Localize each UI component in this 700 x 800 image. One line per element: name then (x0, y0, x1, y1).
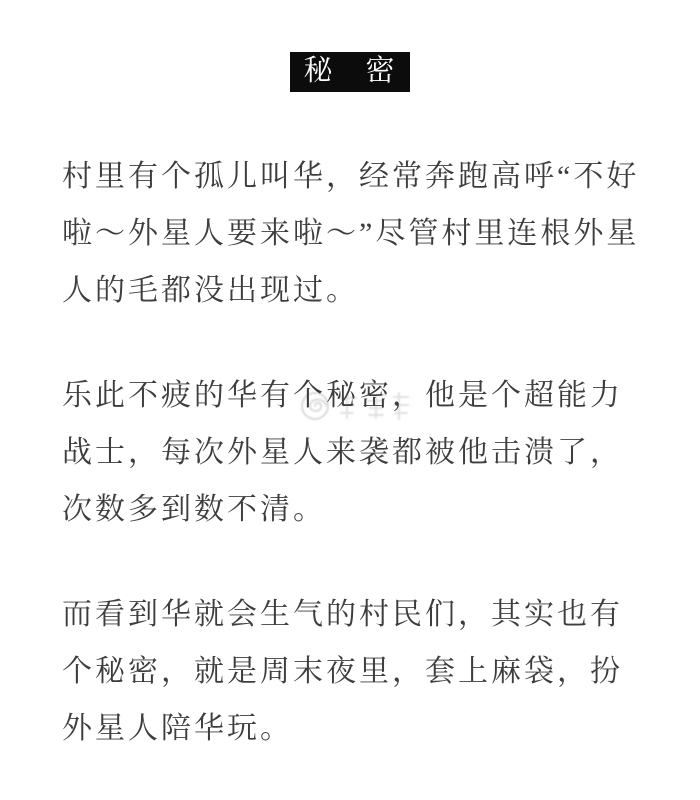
paragraph-2: 乐此不疲的华有个秘密，他是个超能力 战士，每次外星人来袭都被他击溃了， 次数多到… (62, 367, 647, 538)
story-text: 村里有个孤儿叫华，经常奔跑高呼“不好 啦～外星人要来啦～”尽管村里连根外星 人的… (62, 148, 647, 757)
text-line: 而看到华就会生气的村民们，其实也有 (62, 586, 647, 643)
text-line: 人的毛都没出现过。 (62, 262, 647, 319)
text-line: 外星人陪华玩。 (62, 700, 647, 757)
text-line: 村里有个孤儿叫华，经常奔跑高呼“不好 (62, 148, 647, 205)
paragraph-3: 而看到华就会生气的村民们，其实也有 个秘密，就是周末夜里，套上麻袋，扮 外星人陪… (62, 586, 647, 757)
text-line: 次数多到数不清。 (62, 481, 647, 538)
text-line: 个秘密，就是周末夜里，套上麻袋，扮 (62, 643, 647, 700)
title-area: 秘 密 (0, 0, 700, 92)
story-card: 秘 密 村里有个孤儿叫华，经常奔跑高呼“不好 啦～外星人要来啦～”尽管村里连根外… (0, 0, 700, 800)
paragraph-1: 村里有个孤儿叫华，经常奔跑高呼“不好 啦～外星人要来啦～”尽管村里连根外星 人的… (62, 148, 647, 319)
title-badge: 秘 密 (290, 52, 409, 92)
text-line: 战士，每次外星人来袭都被他击溃了， (62, 424, 647, 481)
text-line: 啦～外星人要来啦～”尽管村里连根外星 (62, 205, 647, 262)
text-line: 乐此不疲的华有个秘密，他是个超能力 (62, 367, 647, 424)
